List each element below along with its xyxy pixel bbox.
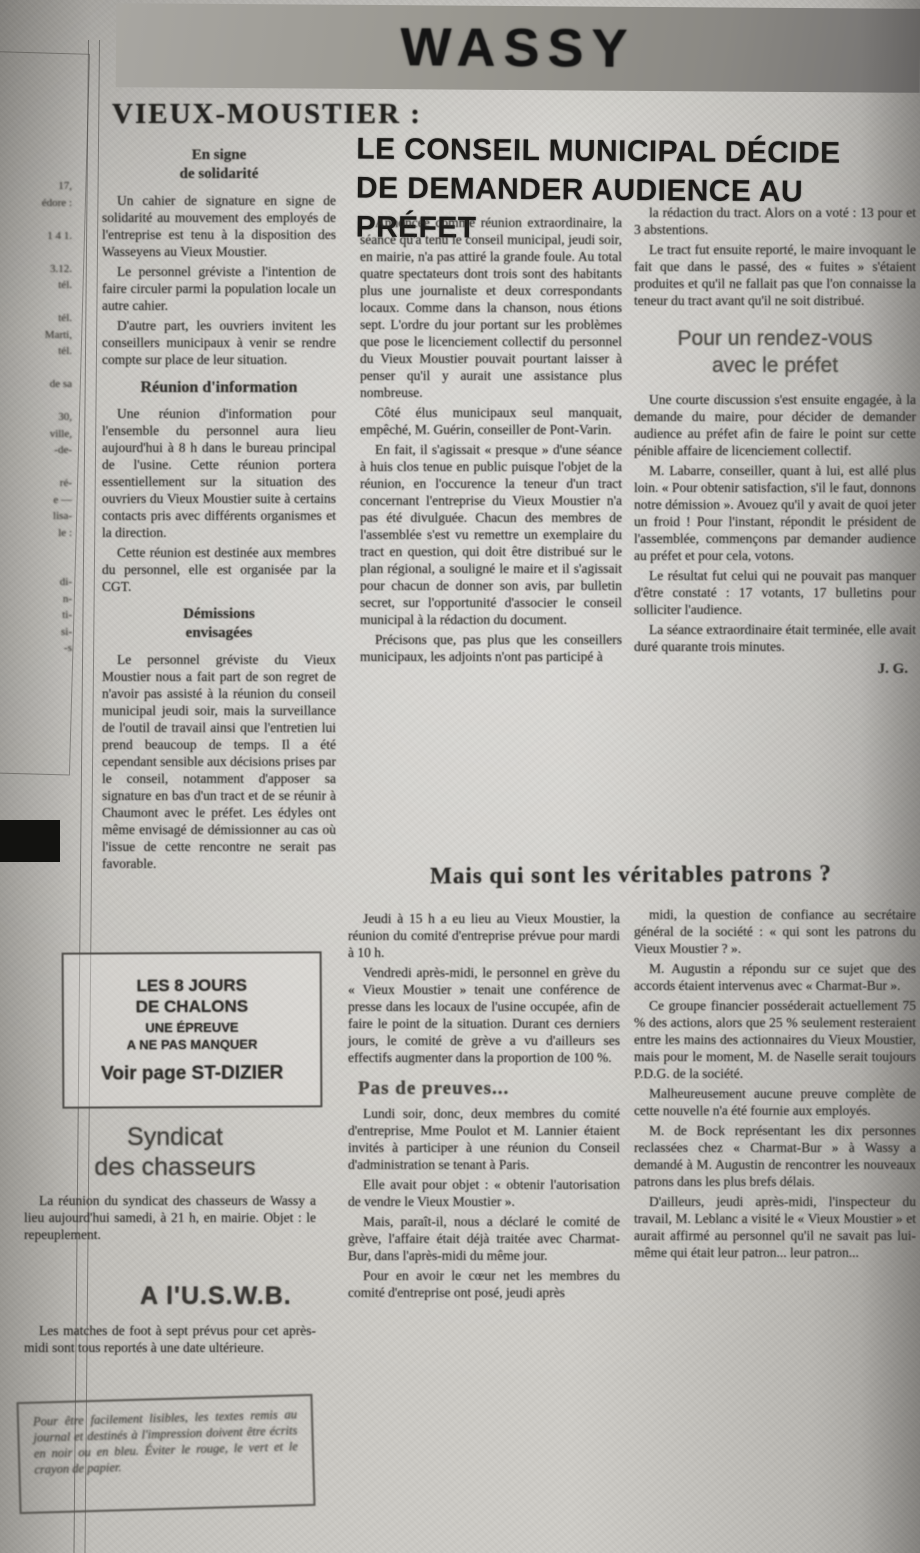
article2-columnA: Jeudi à 15 h a eu lieu au Vieux Moustier…	[348, 910, 620, 1304]
paragraph: Le personnel gréviste du Vieux Moustier …	[102, 651, 336, 872]
uswb-paragraph: Les matches de foot à sept prévus pour c…	[24, 1322, 316, 1359]
editorial-notice-box: Pour être facilement lisibles, les texte…	[16, 1394, 315, 1514]
paragraph: Les matches de foot à sept prévus pour c…	[24, 1322, 316, 1356]
article1-signature: J. G.	[634, 661, 916, 678]
subhead-uswb: A l'U.S.W.B.	[140, 1282, 360, 1311]
ad-see-page: Voir page ST-DIZIER	[101, 1063, 283, 1086]
paragraph: midi, la question de confiance au secrét…	[634, 906, 916, 957]
subhead-rendez-vous-prefet: Pour un rendez-vous avec le préfet	[634, 325, 916, 379]
chalons-ad-box: LES 8 JOURS DE CHALONS UNE ÉPREUVE A NE …	[62, 951, 323, 1108]
adjacent-column-fragments: 17, édore : 1 4 1. 3.12. tél. tél. Marti…	[0, 178, 72, 657]
paragraph: Mais, paraît-il, nous a déclaré le comit…	[348, 1213, 620, 1264]
article1-column2: Annoncée comme réunion extraordinaire, l…	[360, 214, 622, 668]
paragraph: Une courte discussion s'est ensuite enga…	[634, 391, 916, 459]
hunters-paragraph: La réunion du syndicat des chasseurs de …	[24, 1192, 316, 1246]
article1-column3: la rédaction du tract. Alors on a voté :…	[634, 204, 916, 678]
paragraph: Le tract fut ensuite reporté, le maire i…	[634, 241, 916, 309]
ad-title: LES 8 JOURS DE CHALONS	[136, 975, 249, 1018]
masthead-band: WASSY	[116, 3, 920, 93]
subhead-demissions: Démissions envisagées	[102, 605, 336, 643]
paragraph: Ce groupe financier posséderait actuelle…	[634, 997, 916, 1082]
ad-subtitle: UNE ÉPREUVE A NE PAS MANQUER	[127, 1019, 258, 1054]
article1-kicker: VIEUX-MOUSTIER :	[112, 98, 552, 131]
subhead-reunion-information: Réunion d'information	[102, 378, 336, 397]
paragraph: Jeudi à 15 h a eu lieu au Vieux Moustier…	[348, 910, 620, 961]
notice-text: Pour être facilement lisibles, les texte…	[33, 1407, 298, 1476]
paragraph: Précisons que, pas plus que les conseill…	[360, 631, 622, 665]
paragraph: Un cahier de signature en signe de solid…	[102, 192, 336, 260]
paragraph: Elle avait pour objet : « obtenir l'auto…	[348, 1176, 620, 1210]
paragraph: D'autre part, les ouvriers invitent les …	[102, 317, 336, 368]
article2-headline: Mais qui sont les véritables patrons ?	[348, 860, 914, 890]
ink-block	[0, 820, 60, 862]
paragraph: Annoncée comme réunion extraordinaire, l…	[360, 214, 622, 401]
paragraph: Pour en avoir le cœur net les membres du…	[348, 1267, 620, 1301]
paragraph: Une réunion d'information pour l'ensembl…	[102, 405, 336, 541]
paragraph: Le résultat fut celui qui ne pouvait pas…	[634, 567, 916, 618]
paragraph: M. Labarre, conseiller, quant à lui, est…	[634, 462, 916, 564]
article1-column1: En signe de solidarité Un cahier de sign…	[102, 146, 336, 875]
paragraph: M. de Bock représentant les dix personne…	[634, 1122, 916, 1190]
paragraph: M. Augustin a répondu sur ce sujet que d…	[634, 960, 916, 994]
subhead-pas-de-preuves: Pas de preuves...	[358, 1080, 620, 1097]
paragraph: la rédaction du tract. Alors on a voté :…	[634, 204, 916, 238]
article2-columnB: midi, la question de confiance au secrét…	[634, 906, 916, 1264]
paragraph: Cette réunion est destinée aux membres d…	[102, 544, 336, 595]
paragraph: La séance extraordinaire était terminée,…	[634, 621, 916, 655]
paragraph: D'ailleurs, jeudi après-midi, l'inspecte…	[634, 1193, 916, 1261]
paragraph: Vendredi après-midi, le personnel en grè…	[348, 964, 620, 1066]
paragraph: En fait, il s'agissait « presque » d'une…	[360, 441, 622, 628]
paragraph: Côté élus municipaux seul manquait, empê…	[360, 404, 622, 438]
paragraph: Lundi soir, donc, deux membres du comité…	[348, 1105, 620, 1173]
paragraph: Le personnel gréviste a l'intention de f…	[102, 263, 336, 314]
paragraph: Malheureusement aucune preuve complète d…	[634, 1085, 916, 1119]
subhead-syndicat-chasseurs: Syndicat des chasseurs	[30, 1122, 320, 1182]
masthead-title: WASSY	[400, 16, 635, 80]
paragraph: La réunion du syndicat des chasseurs de …	[24, 1192, 316, 1243]
subhead-en-signe: En signe de solidarité	[102, 146, 336, 184]
